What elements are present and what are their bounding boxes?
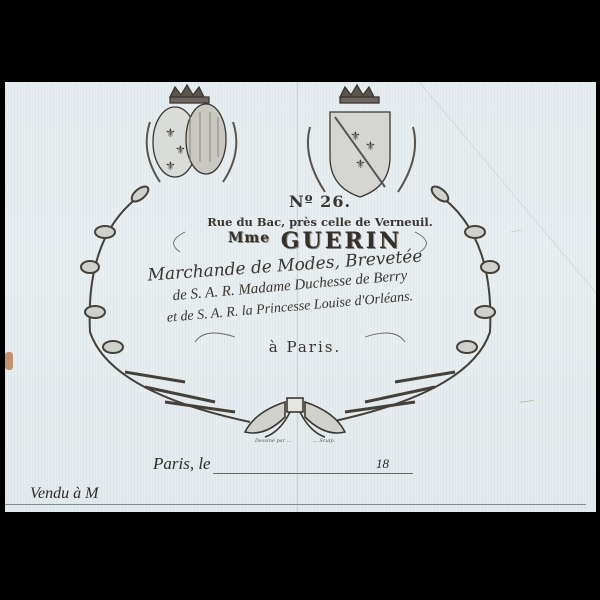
sold-to-label: Vendu à M (30, 485, 98, 503)
engraving-ornaments: ⚜ ⚜ ⚜ ⚜ ⚜ ⚜ (5, 82, 596, 512)
name-prefix: Mme (228, 230, 270, 246)
shop-address: Rue du Bac, près celle de Verneuil. (175, 215, 465, 229)
engraver-signature-2: ... Sculp. (313, 438, 335, 444)
date-label: Paris, le (153, 454, 211, 474)
year-prefix: 18 (376, 456, 389, 472)
svg-text:⚜: ⚜ (365, 139, 376, 153)
city-label: à Paris. (255, 338, 355, 356)
faint-handwriting-top: — (509, 221, 523, 239)
ribbon-bow-icon (245, 398, 345, 437)
date-blank-line (213, 473, 413, 474)
svg-text:⚜: ⚜ (350, 129, 361, 143)
faint-handwriting-bottom: — (519, 391, 536, 411)
date-field: Paris, le 18 (153, 454, 423, 476)
left-coat-of-arms-icon: ⚜ ⚜ ⚜ (147, 85, 237, 182)
svg-text:⚜: ⚜ (355, 157, 366, 171)
svg-text:⚜: ⚜ (165, 126, 176, 140)
svg-text:⚜: ⚜ (165, 159, 176, 173)
engraver-signature-1: Dessiné par ... (255, 438, 291, 444)
shop-number: Nº 26. (255, 192, 385, 211)
bottom-rule (5, 504, 586, 505)
right-coat-of-arms-icon: ⚜ ⚜ ⚜ (308, 85, 415, 197)
svg-text:⚜: ⚜ (175, 143, 186, 157)
document-paper: ⚜ ⚜ ⚜ ⚜ ⚜ ⚜ (5, 82, 596, 512)
